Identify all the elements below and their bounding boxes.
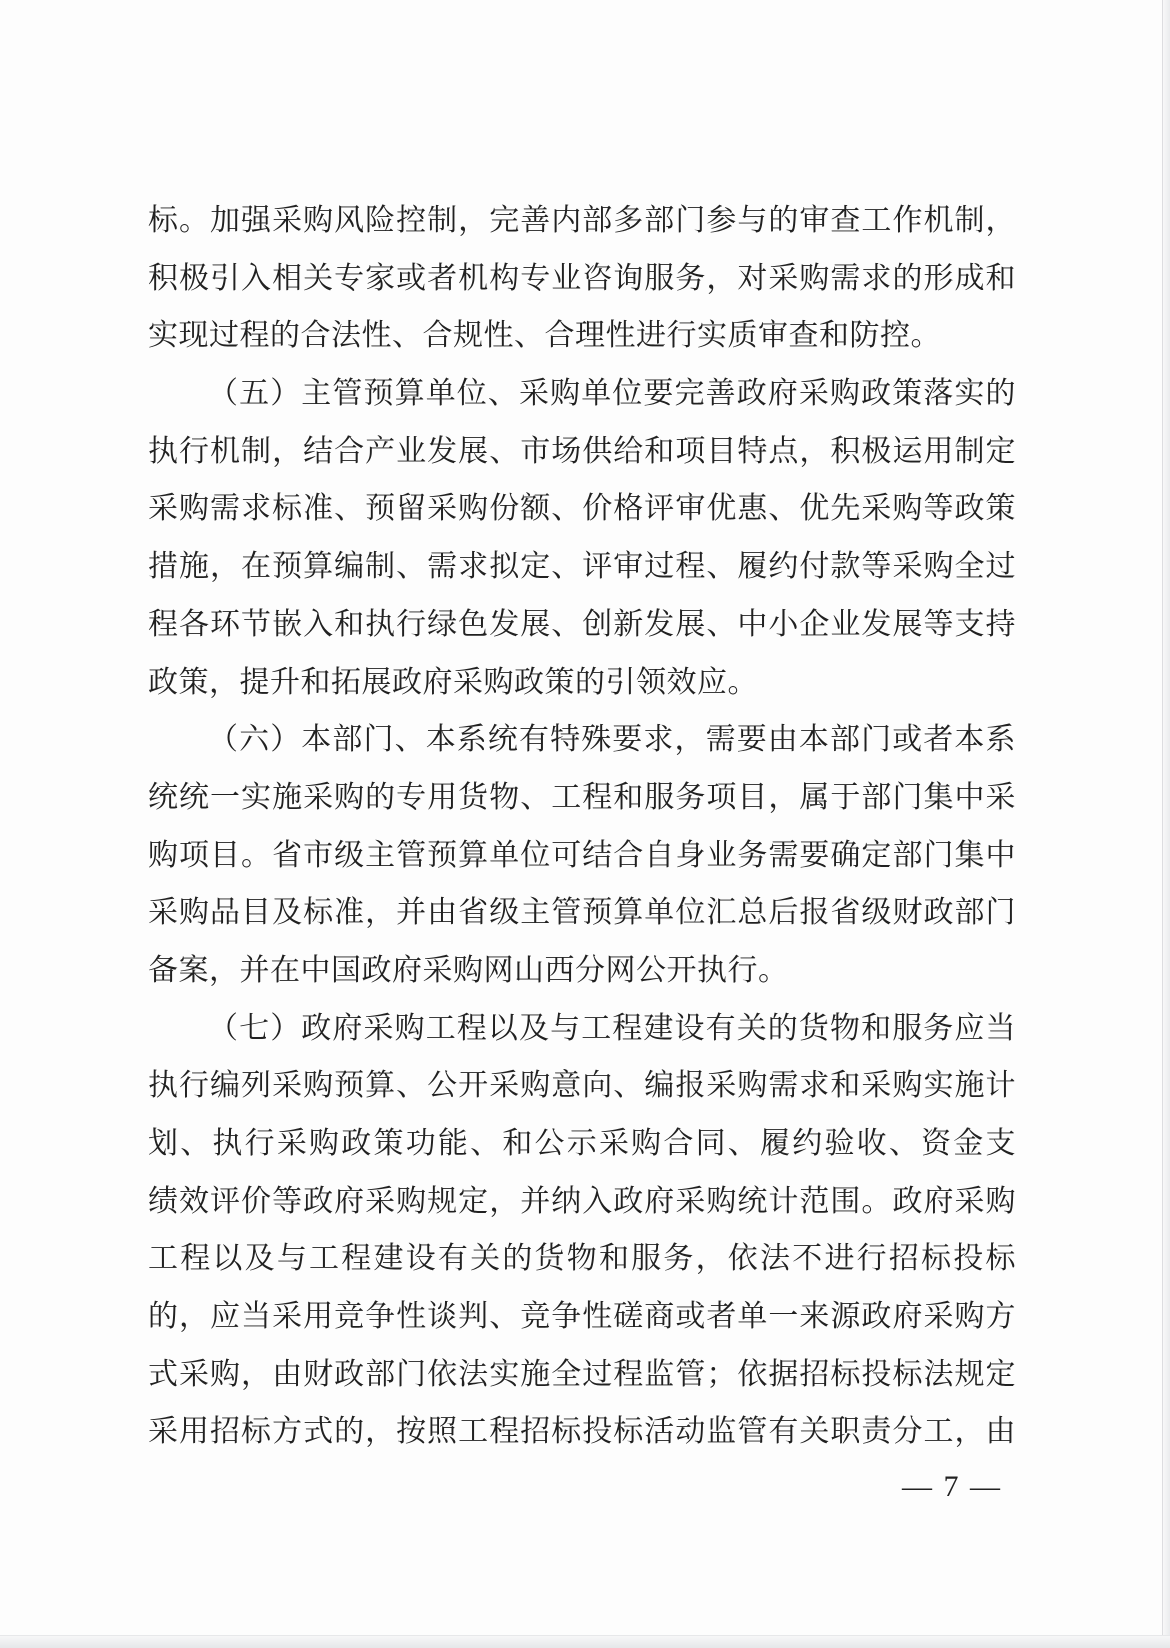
text-line: 采购品目及标准，并由省级主管预算单位汇总后报省级财政部门 [148, 884, 1016, 942]
text-line: （六）本部门、本系统有特殊要求，需要由本部门或者本系 [148, 711, 1016, 769]
text-line: 政策，提升和拓展政府采购政策的引领效应。 [148, 654, 1016, 712]
document-page: 标。加强采购风险控制，完善内部多部门参与的审查工作机制， 积极引入相关专家或者机… [0, 0, 1170, 1648]
text-line: 实现过程的合法性、合规性、合理性进行实质审查和防控。 [148, 307, 1016, 365]
page-right-edge-shadow [1162, 0, 1170, 1648]
text-line: 程各环节嵌入和执行绿色发展、创新发展、中小企业发展等支持 [148, 596, 1016, 654]
text-line: 划、执行采购政策功能、和公示采购合同、履约验收、资金支付、 [148, 1115, 1016, 1173]
text-line: 式采购，由财政部门依法实施全过程监管；依据招标投标法规定 [148, 1346, 1016, 1404]
text-line: 的，应当采用竞争性谈判、竞争性磋商或者单一来源政府采购方 [148, 1288, 1016, 1346]
text-line: 执行机制，结合产业发展、市场供给和项目特点，积极运用制定 [148, 423, 1016, 481]
text-line: 购项目。省市级主管预算单位可结合自身业务需要确定部门集中 [148, 827, 1016, 885]
page-bottom-edge-shadow [0, 1635, 1170, 1648]
text-line: （五）主管预算单位、采购单位要完善政府采购政策落实的 [148, 365, 1016, 423]
text-line: 采购需求标准、预留采购份额、价格评审优惠、优先采购等政策 [148, 480, 1016, 538]
text-line: 备案，并在中国政府采购网山西分网公开执行。 [148, 942, 1016, 1000]
text-line: 工程以及与工程建设有关的货物和服务，依法不进行招标投标 [148, 1230, 1016, 1288]
text-line: 执行编列采购预算、公开采购意向、编报采购需求和采购实施计 [148, 1057, 1016, 1115]
text-line: 积极引入相关专家或者机构专业咨询服务，对采购需求的形成和 [148, 250, 1016, 308]
document-body-text: 标。加强采购风险控制，完善内部多部门参与的审查工作机制， 积极引入相关专家或者机… [148, 192, 1016, 1461]
text-line: 统统一实施采购的专用货物、工程和服务项目，属于部门集中采 [148, 769, 1016, 827]
text-line: 采用招标方式的，按照工程招标投标活动监管有关职责分工，由 [148, 1403, 1016, 1461]
text-line: 措施，在预算编制、需求拟定、评审过程、履约付款等采购全过 [148, 538, 1016, 596]
page-number: — 7 — [148, 1458, 1016, 1516]
text-line: 标。加强采购风险控制，完善内部多部门参与的审查工作机制， [148, 192, 1016, 250]
text-line: 绩效评价等政府采购规定，并纳入政府采购统计范围。政府采购 [148, 1173, 1016, 1231]
text-line: （七）政府采购工程以及与工程建设有关的货物和服务应当 [148, 1000, 1016, 1058]
